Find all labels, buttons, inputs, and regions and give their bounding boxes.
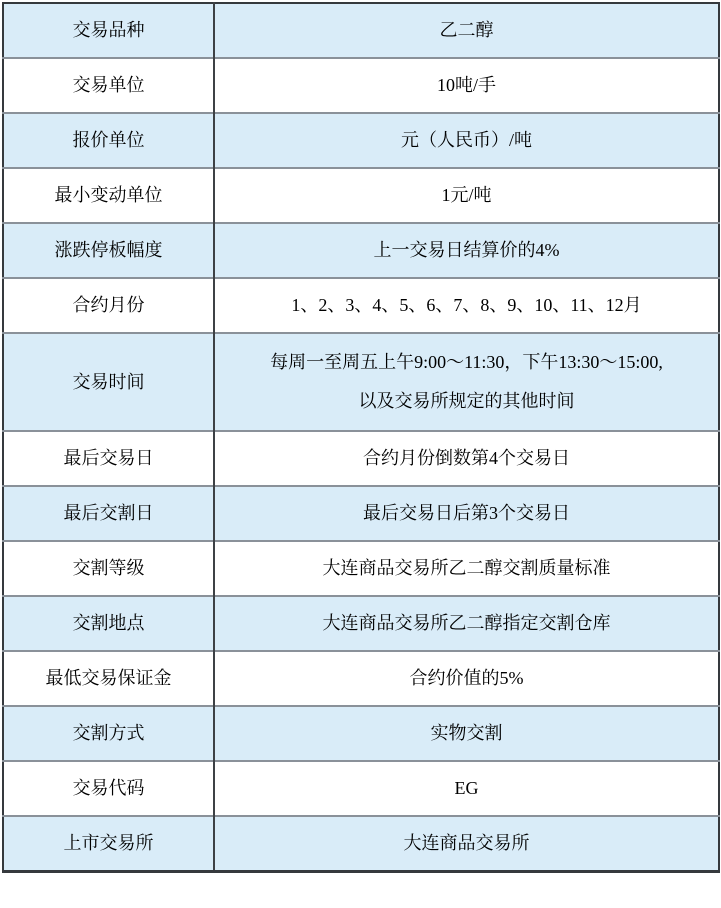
table-row: 最后交割日 最后交易日后第3个交易日 — [3, 486, 719, 541]
table-row: 最后交易日 合约月份倒数第4个交易日 — [3, 431, 719, 486]
spec-value: 1、2、3、4、5、6、7、8、9、10、11、12月 — [214, 278, 719, 333]
spec-label: 交割地点 — [3, 596, 214, 651]
table-row-trading-hours: 交易时间 每周一至周五上午9:00～11:30，下午13:30～15:00, 以… — [3, 333, 719, 431]
spec-value: EG — [214, 761, 719, 816]
spec-label: 合约月份 — [3, 278, 214, 333]
spec-label: 上市交易所 — [3, 816, 214, 871]
spec-label: 最后交易日 — [3, 431, 214, 486]
table-row: 交易单位 10吨/手 — [3, 58, 719, 113]
table-row: 交割等级 大连商品交易所乙二醇交割质量标准 — [3, 541, 719, 596]
table-row: 涨跌停板幅度 上一交易日结算价的4% — [3, 223, 719, 278]
table-row: 最小变动单位 1元/吨 — [3, 168, 719, 223]
table-row: 上市交易所 大连商品交易所 — [3, 816, 719, 871]
spec-value: 乙二醇 — [214, 3, 719, 58]
table-row: 最低交易保证金 合约价值的5% — [3, 651, 719, 706]
spec-label: 交割等级 — [3, 541, 214, 596]
spec-value: 大连商品交易所乙二醇交割质量标准 — [214, 541, 719, 596]
spec-label: 最低交易保证金 — [3, 651, 214, 706]
spec-label: 交易品种 — [3, 3, 214, 58]
spec-value: 合约月份倒数第4个交易日 — [214, 431, 719, 486]
spec-value: 合约价值的5% — [214, 651, 719, 706]
spec-value: 1元/吨 — [214, 168, 719, 223]
table-row: 交割地点 大连商品交易所乙二醇指定交割仓库 — [3, 596, 719, 651]
spec-label: 交割方式 — [3, 706, 214, 761]
table-row: 交易品种 乙二醇 — [3, 3, 719, 58]
spec-value: 大连商品交易所 — [214, 816, 719, 871]
spec-label: 报价单位 — [3, 113, 214, 168]
spec-value: 大连商品交易所乙二醇指定交割仓库 — [214, 596, 719, 651]
spec-label: 交易代码 — [3, 761, 214, 816]
spec-label: 最后交割日 — [3, 486, 214, 541]
spec-label: 交易时间 — [3, 333, 214, 431]
spec-value: 上一交易日结算价的4% — [214, 223, 719, 278]
page: 交易品种 乙二醇 交易单位 10吨/手 报价单位 元（人民币）/吨 最小变动单位… — [0, 0, 721, 908]
table-row: 报价单位 元（人民币）/吨 — [3, 113, 719, 168]
spec-value: 10吨/手 — [214, 58, 719, 113]
spec-label: 最小变动单位 — [3, 168, 214, 223]
contract-spec-table: 交易品种 乙二醇 交易单位 10吨/手 报价单位 元（人民币）/吨 最小变动单位… — [2, 2, 720, 873]
spec-value: 实物交割 — [214, 706, 719, 761]
spec-value: 元（人民币）/吨 — [214, 113, 719, 168]
table-row: 交割方式 实物交割 — [3, 706, 719, 761]
table-row: 交易代码 EG — [3, 761, 719, 816]
spec-label: 涨跌停板幅度 — [3, 223, 214, 278]
table-row: 合约月份 1、2、3、4、5、6、7、8、9、10、11、12月 — [3, 278, 719, 333]
spec-label: 交易单位 — [3, 58, 214, 113]
spec-value: 最后交易日后第3个交易日 — [214, 486, 719, 541]
spec-value: 每周一至周五上午9:00～11:30，下午13:30～15:00, 以及交易所规… — [214, 333, 719, 431]
